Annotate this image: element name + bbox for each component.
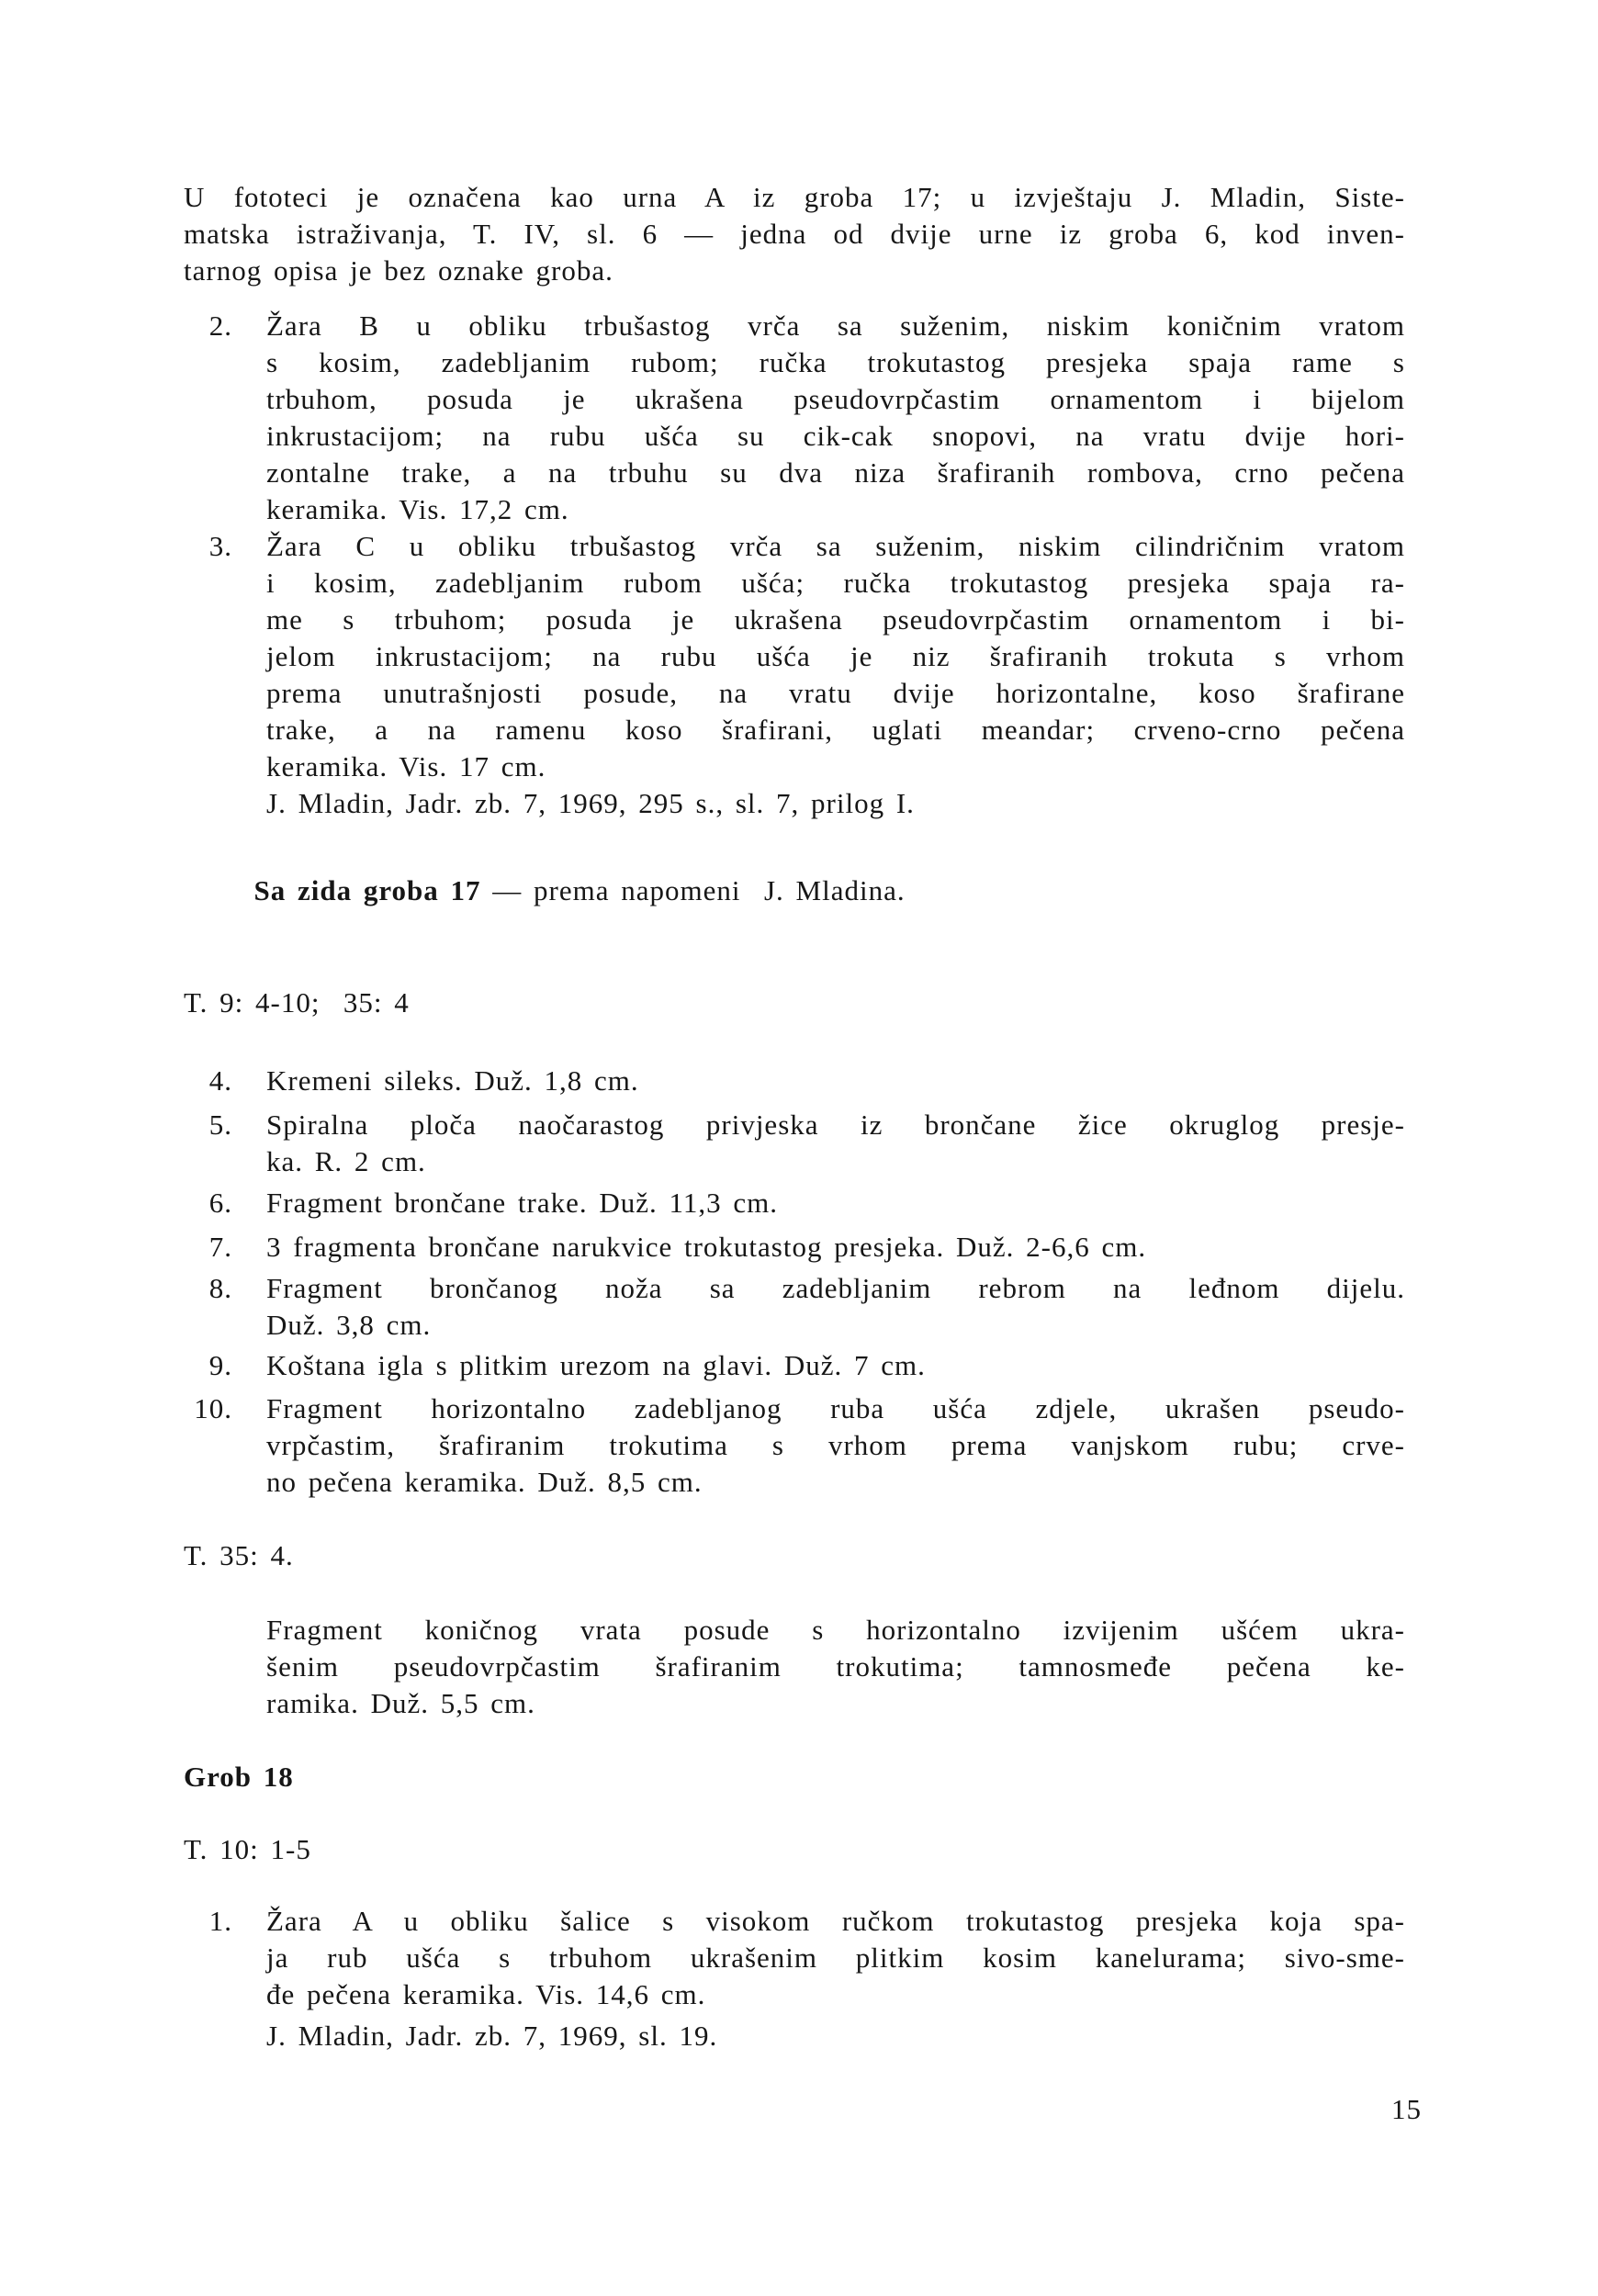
item-number: 7. bbox=[184, 1229, 232, 1266]
wall-heading-bold: Sa zida groba 17 bbox=[254, 874, 481, 906]
text-line: Žara B u obliku trbušastog vrča sa sužen… bbox=[266, 308, 1405, 344]
text-line: U fototeci je označena kao urna A iz gro… bbox=[184, 179, 1405, 216]
item-number: 2. bbox=[184, 308, 232, 344]
item-text: Fragment brončane trake. Duž. 11,3 cm. bbox=[266, 1185, 1405, 1221]
text-line: me s trbuhom; posuda je ukrašena pseudov… bbox=[266, 602, 1405, 638]
text-line: s kosim, zadebljanim rubom; ručka trokut… bbox=[266, 344, 1405, 381]
item-number: 9. bbox=[184, 1347, 232, 1384]
item-number: 3. bbox=[184, 528, 232, 565]
text-line: keramika. Vis. 17 cm. bbox=[266, 748, 1405, 785]
text-line: Žara A u obliku šalice s visokom ručkom … bbox=[266, 1903, 1405, 1940]
text-line: šenim pseudovrpčastim šrafiranim trokuti… bbox=[266, 1649, 1405, 1685]
text-line: inkrustacijom; na rubu ušća su cik-cak s… bbox=[266, 418, 1405, 455]
text-line: zontalne trake, a na trbuhu su dva niza … bbox=[266, 455, 1405, 491]
plate-reference-3: T. 10: 1-5 bbox=[184, 1831, 1405, 1868]
reference-line: J. Mladin, Jadr. zb. 7, 1969, 295 s., sl… bbox=[266, 785, 1405, 822]
text-line: 3 fragmenta brončane narukvice trokutast… bbox=[266, 1229, 1405, 1266]
plate-reference-2: T. 35: 4. bbox=[184, 1537, 1405, 1574]
text-line: tarnog opisa je bez oznake groba. bbox=[184, 253, 1405, 289]
catalog-item-6: 6. Fragment brončane trake. Duž. 11,3 cm… bbox=[184, 1185, 1405, 1221]
catalog-item-10: 10. Fragment horizontalno zadebljanog ru… bbox=[184, 1390, 1405, 1501]
item-number: 10. bbox=[184, 1390, 232, 1427]
fragment-note: Fragment koničnog vrata posude s horizon… bbox=[266, 1612, 1405, 1722]
item-number: 4. bbox=[184, 1063, 232, 1099]
text-line: đe pečena keramika. Vis. 14,6 cm. bbox=[266, 1976, 1405, 2013]
plate-reference-1: T. 9: 4-10; 35: 4 bbox=[184, 985, 1405, 1021]
item-text: Žara B u obliku trbušastog vrča sa sužen… bbox=[266, 308, 1405, 528]
intro-paragraph: U fototeci je označena kao urna A iz gro… bbox=[184, 179, 1405, 289]
item-text: Kremeni sileks. Duž. 1,8 cm. bbox=[266, 1063, 1405, 1099]
item-text: Koštana igla s plitkim urezom na glavi. … bbox=[266, 1347, 1405, 1384]
text-line: i kosim, zadebljanim rubom ušća; ručka t… bbox=[266, 565, 1405, 602]
item-number: 8. bbox=[184, 1270, 232, 1307]
wall-heading-rest: — prema napomeni J. Mladina. bbox=[481, 874, 906, 906]
item-text: Žara C u obliku trbušastog vrča sa sužen… bbox=[266, 528, 1405, 822]
catalog-item-8: 8. Fragment brončanog noža sa zadebljani… bbox=[184, 1270, 1405, 1344]
item-number: 1. bbox=[184, 1903, 232, 1940]
catalog-item-3: 3. Žara C u obliku trbušastog vrča sa su… bbox=[184, 528, 1405, 822]
text-block: U fototeci je označena kao urna A iz gro… bbox=[0, 0, 1598, 2128]
grave-heading: Grob 18 bbox=[184, 1759, 1405, 1795]
catalog-item-7: 7. 3 fragmenta brončane narukvice trokut… bbox=[184, 1229, 1405, 1266]
text-line: Duž. 3,8 cm. bbox=[266, 1307, 1405, 1344]
text-line: keramika. Vis. 17,2 cm. bbox=[266, 491, 1405, 528]
text-line: ramika. Duž. 5,5 cm. bbox=[266, 1685, 1405, 1722]
page-number: 15 bbox=[184, 2091, 1422, 2128]
catalog-item-5: 5. Spiralna ploča naočarastog privjeska … bbox=[184, 1107, 1405, 1180]
text-line: trbuhom, posuda je ukrašena pseudovrpčas… bbox=[266, 381, 1405, 418]
text-line: Fragment horizontalno zadebljanog ruba u… bbox=[266, 1390, 1405, 1427]
item-number: 6. bbox=[184, 1185, 232, 1221]
text-line: prema unutrašnjosti posude, na vratu dvi… bbox=[266, 675, 1405, 712]
text-line: Fragment brončanog noža sa zadebljanim r… bbox=[266, 1270, 1405, 1307]
text-line: trake, a na ramenu koso šrafirani, uglat… bbox=[266, 712, 1405, 748]
catalog-item-4: 4. Kremeni sileks. Duž. 1,8 cm. bbox=[184, 1063, 1405, 1099]
item-text: Fragment horizontalno zadebljanog ruba u… bbox=[266, 1390, 1405, 1501]
reference-line: J. Mladin, Jadr. zb. 7, 1969, sl. 19. bbox=[266, 2018, 1405, 2054]
text-line: vrpčastim, šrafiranim trokutima s vrhom … bbox=[266, 1427, 1405, 1464]
item-text: Fragment brončanog noža sa zadebljanim r… bbox=[266, 1270, 1405, 1344]
text-line: no pečena keramika. Duž. 8,5 cm. bbox=[266, 1464, 1405, 1501]
text-line: ja rub ušća s trbuhom ukrašenim plitkim … bbox=[266, 1940, 1405, 1976]
catalog-item-2: 2. Žara B u obliku trbušastog vrča sa su… bbox=[184, 308, 1405, 528]
catalog-item-9: 9. Koštana igla s plitkim urezom na glav… bbox=[184, 1347, 1405, 1384]
item-text: 3 fragmenta brončane narukvice trokutast… bbox=[266, 1229, 1405, 1266]
text-line: Fragment brončane trake. Duž. 11,3 cm. bbox=[266, 1185, 1405, 1221]
text-line: matska istraživanja, T. IV, sl. 6 — jedn… bbox=[184, 216, 1405, 253]
item-number: 5. bbox=[184, 1107, 232, 1143]
item-text: Spiralna ploča naočarastog privjeska iz … bbox=[266, 1107, 1405, 1180]
text-line: Fragment koničnog vrata posude s horizon… bbox=[266, 1612, 1405, 1649]
catalog-item-1: 1. Žara A u obliku šalice s visokom ručk… bbox=[184, 1903, 1405, 2054]
text-line: Kremeni sileks. Duž. 1,8 cm. bbox=[266, 1063, 1405, 1099]
text-line: ka. R. 2 cm. bbox=[266, 1143, 1405, 1180]
text-line: Žara C u obliku trbušastog vrča sa sužen… bbox=[266, 528, 1405, 565]
item-text: Žara A u obliku šalice s visokom ručkom … bbox=[266, 1903, 1405, 2054]
text-line: jelom inkrustacijom; na rubu ušća je niz… bbox=[266, 638, 1405, 675]
text-line: Spiralna ploča naočarastog privjeska iz … bbox=[266, 1107, 1405, 1143]
wall-heading: Sa zida groba 17 — prema napomeni J. Mla… bbox=[184, 836, 1405, 946]
scanned-document-page: U fototeci je označena kao urna A iz gro… bbox=[0, 0, 1598, 2296]
text-line: Koštana igla s plitkim urezom na glavi. … bbox=[266, 1347, 1405, 1384]
